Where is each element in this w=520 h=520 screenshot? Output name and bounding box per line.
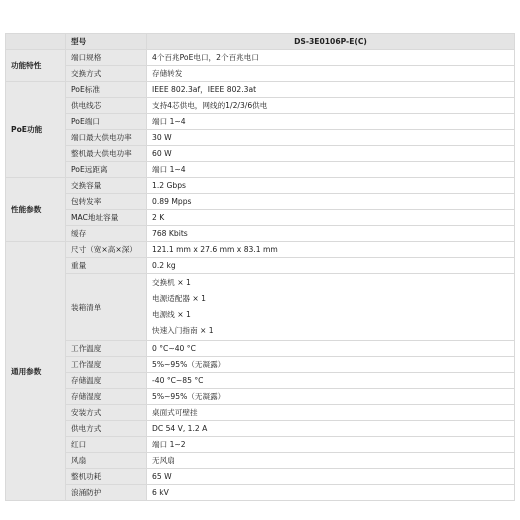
table-row: 性能参数 交换容量 1.2 Gbps — [6, 178, 515, 194]
table-row: 供电方式 DC 54 V, 1.2 A — [6, 421, 515, 437]
spec-value: 65 W — [147, 469, 515, 485]
table-row: 工作温度 0 °C~40 °C — [6, 341, 515, 357]
table-row: 存储湿度 5%~95%（无凝露） — [6, 389, 515, 405]
spec-label: 包转发率 — [66, 194, 147, 210]
package-item: 电源线 × 1 — [152, 307, 514, 323]
table-row: PoE端口 端口 1~4 — [6, 114, 515, 130]
model-label: 型号 — [66, 34, 147, 50]
group-general: 通用参数 — [6, 242, 66, 501]
spec-value: 0.2 kg — [147, 258, 515, 274]
spec-label: PoE端口 — [66, 114, 147, 130]
spec-label: 缓存 — [66, 226, 147, 242]
spec-label: 风扇 — [66, 453, 147, 469]
table-row: 重量 0.2 kg — [6, 258, 515, 274]
spec-label: 装箱清单 — [66, 274, 147, 341]
table-row: 交换方式 存储转发 — [6, 66, 515, 82]
spec-value: 支持4芯供电，网线的1/2/3/6供电 — [147, 98, 515, 114]
table-row: 端口最大供电功率 30 W — [6, 130, 515, 146]
spec-label: 供电方式 — [66, 421, 147, 437]
spec-value: DC 54 V, 1.2 A — [147, 421, 515, 437]
spec-value: 端口 1~4 — [147, 114, 515, 130]
spec-value: 4个百兆PoE电口，2个百兆电口 — [147, 50, 515, 66]
table-row: 缓存 768 Kbits — [6, 226, 515, 242]
spec-label: 浪涌防护 — [66, 485, 147, 501]
spec-value: 5%~95%（无凝露） — [147, 389, 515, 405]
table-row: PoE功能 PoE标准 IEEE 802.3af，IEEE 802.3at — [6, 82, 515, 98]
spec-value: 无风扇 — [147, 453, 515, 469]
spec-label: 存储湿度 — [66, 389, 147, 405]
table-row: 存储温度 -40 °C~85 °C — [6, 373, 515, 389]
spec-label: 红口 — [66, 437, 147, 453]
table-row: 整机最大供电功率 60 W — [6, 146, 515, 162]
package-item: 电源适配器 × 1 — [152, 291, 514, 307]
spec-label: 交换容量 — [66, 178, 147, 194]
table-row: 安装方式 桌面式可壁挂 — [6, 405, 515, 421]
package-item: 快速入门指南 × 1 — [152, 323, 514, 339]
spec-value: 桌面式可壁挂 — [147, 405, 515, 421]
group-function-features: 功能特性 — [6, 50, 66, 82]
spec-value: 30 W — [147, 130, 515, 146]
spec-label: 供电线芯 — [66, 98, 147, 114]
spec-value: 6 kV — [147, 485, 515, 501]
spec-label: 尺寸（宽×高×深） — [66, 242, 147, 258]
model-value: DS-3E0106P-E(C) — [147, 34, 515, 50]
spec-value: 60 W — [147, 146, 515, 162]
spec-value: 2 K — [147, 210, 515, 226]
spec-value: 768 Kbits — [147, 226, 515, 242]
table-row: 包转发率 0.89 Mpps — [6, 194, 515, 210]
package-contents-list: 交换机 × 1 电源适配器 × 1 电源线 × 1 快速入门指南 × 1 — [147, 274, 515, 341]
spec-table: 型号 DS-3E0106P-E(C) 功能特性 端口规格 4个百兆PoE电口，2… — [5, 33, 515, 501]
spec-value: 121.1 mm x 27.6 mm x 83.1 mm — [147, 242, 515, 258]
spec-value: 存储转发 — [147, 66, 515, 82]
spec-value: 0 °C~40 °C — [147, 341, 515, 357]
spec-label: 工作温度 — [66, 341, 147, 357]
spec-value: IEEE 802.3af，IEEE 802.3at — [147, 82, 515, 98]
spec-value: 0.89 Mpps — [147, 194, 515, 210]
table-row: 浪涌防护 6 kV — [6, 485, 515, 501]
spec-label: 整机功耗 — [66, 469, 147, 485]
group-performance: 性能参数 — [6, 178, 66, 242]
spec-label: 交换方式 — [66, 66, 147, 82]
table-header-row: 型号 DS-3E0106P-E(C) — [6, 34, 515, 50]
spec-label: 存储温度 — [66, 373, 147, 389]
table-row: 整机功耗 65 W — [6, 469, 515, 485]
header-blank-cell — [6, 34, 66, 50]
spec-label: 工作湿度 — [66, 357, 147, 373]
spec-label: 安装方式 — [66, 405, 147, 421]
table-row: PoE远距离 端口 1~4 — [6, 162, 515, 178]
spec-value: 5%~95%（无凝露） — [147, 357, 515, 373]
table-row: 通用参数 尺寸（宽×高×深） 121.1 mm x 27.6 mm x 83.1… — [6, 242, 515, 258]
table-row-package-contents: 装箱清单 交换机 × 1 电源适配器 × 1 电源线 × 1 快速入门指南 × … — [6, 274, 515, 341]
spec-label: 整机最大供电功率 — [66, 146, 147, 162]
table-row: MAC地址容量 2 K — [6, 210, 515, 226]
table-row: 风扇 无风扇 — [6, 453, 515, 469]
spec-value: -40 °C~85 °C — [147, 373, 515, 389]
table-row: 工作湿度 5%~95%（无凝露） — [6, 357, 515, 373]
table-row: 功能特性 端口规格 4个百兆PoE电口，2个百兆电口 — [6, 50, 515, 66]
spec-label: 重量 — [66, 258, 147, 274]
spec-value: 端口 1~4 — [147, 162, 515, 178]
package-item: 交换机 × 1 — [152, 275, 514, 291]
spec-label: PoE标准 — [66, 82, 147, 98]
table-row: 红口 端口 1~2 — [6, 437, 515, 453]
spec-label: 端口最大供电功率 — [66, 130, 147, 146]
spec-value: 端口 1~2 — [147, 437, 515, 453]
spec-value: 1.2 Gbps — [147, 178, 515, 194]
spec-label: MAC地址容量 — [66, 210, 147, 226]
spec-label: PoE远距离 — [66, 162, 147, 178]
group-poe-function: PoE功能 — [6, 82, 66, 178]
table-row: 供电线芯 支持4芯供电，网线的1/2/3/6供电 — [6, 98, 515, 114]
spec-label: 端口规格 — [66, 50, 147, 66]
